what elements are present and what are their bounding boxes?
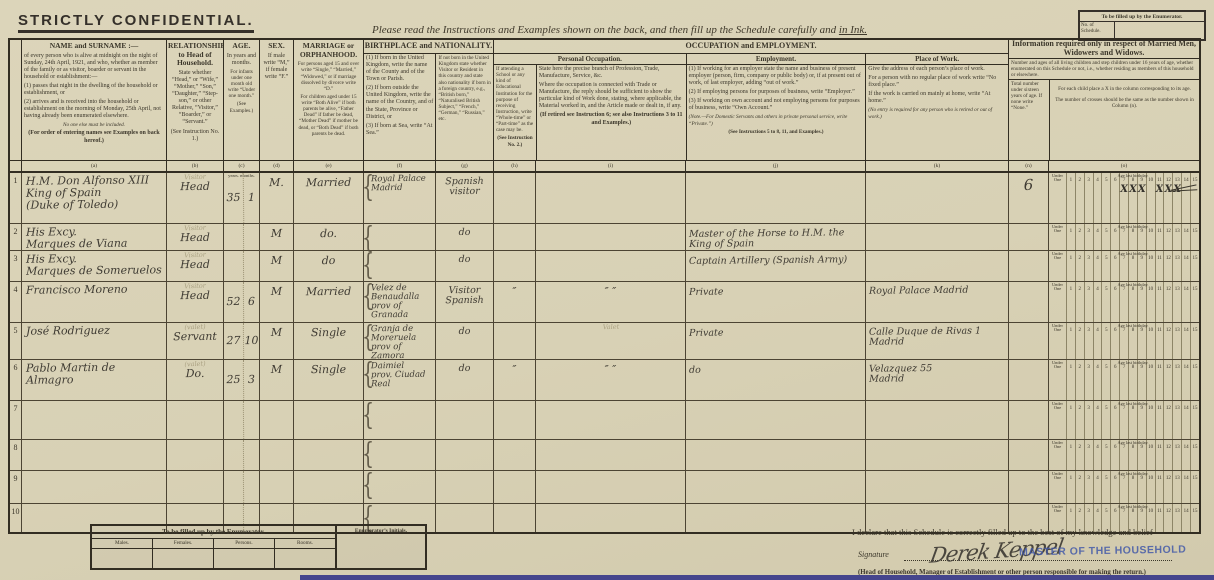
- marriage-cell: [293, 401, 363, 439]
- age-cross-cell: [1085, 183, 1093, 223]
- children-total-cell: [1008, 323, 1048, 359]
- age-cross-cell: [1120, 411, 1128, 439]
- census-schedule-scan: STRICTLY CONFIDENTIAL. Please read the I…: [0, 0, 1214, 580]
- age-grid: Age last birthday. Under One123456789101…: [1048, 282, 1199, 322]
- age-cell: years. months. 35 1: [223, 173, 259, 223]
- age-cross-cell: [1138, 292, 1146, 322]
- enumerator-summary-box: To be filled up by the Enumerator. Males…: [90, 524, 427, 570]
- age-cross-cell: [1094, 333, 1102, 359]
- age-cross-cell: [1147, 261, 1155, 281]
- age-years-value: [224, 401, 243, 439]
- name-value: [22, 400, 166, 404]
- age-cross-cell: [1067, 183, 1075, 223]
- sex-value: [260, 504, 293, 508]
- rooms-label: Rooms.: [275, 539, 335, 549]
- age-cross-cell: [1156, 261, 1164, 281]
- printed-brace: {: [362, 252, 374, 281]
- occupation-cell: [535, 471, 685, 503]
- age-cross-cell: [1111, 234, 1119, 250]
- nationality-cell: Visitor Spanish: [435, 282, 493, 322]
- age-grid-under-one-label: Under One: [1049, 173, 1066, 183]
- birthplace-body2: (2) If born outside the United Kingdom, …: [364, 84, 435, 121]
- age-cross-cell: [1129, 481, 1137, 503]
- name-col-body: of every person who is alive at midnight…: [22, 52, 166, 82]
- birthplace-group-title: BIRTHPLACE and NATIONALITY.: [364, 40, 493, 54]
- age-cross-cell: [1067, 292, 1075, 322]
- age-cross-cell: [1111, 333, 1119, 359]
- age-cross-cell: [1120, 481, 1128, 503]
- sex-cell: M: [259, 323, 293, 359]
- relationship-cell: Visitor Head: [166, 173, 223, 223]
- employment-value: [686, 503, 865, 510]
- place-of-work-cell: Calle Duque de Rivas 1 Madrid: [865, 323, 1008, 359]
- children-group-title: Information required only in respect of …: [1009, 40, 1199, 59]
- employment-value: [686, 400, 865, 407]
- name-col-note: No one else must be included.: [22, 121, 166, 129]
- column-letter-row: (a) (b) (c) (d) (e) (f) (g) (h) (i) (j) …: [10, 161, 1199, 173]
- name-value: His Excy. Marques de Someruelos: [22, 250, 166, 278]
- nationality-value: [436, 471, 493, 476]
- nationality-cell: do: [435, 360, 493, 400]
- age-cell: years. months.: [223, 401, 259, 439]
- occupation-value: ″ ″: [536, 281, 685, 299]
- birthplace-value: Royal Palace Madrid: [364, 173, 435, 194]
- age-months-value: 3: [243, 360, 259, 400]
- relationship-cell: [166, 471, 223, 503]
- name-cell: Pablo Martin de Almagro: [21, 360, 166, 400]
- sex-value: M: [260, 323, 293, 339]
- age-cross-cell: [1164, 411, 1172, 439]
- birthplace-cell: {: [363, 401, 435, 439]
- age-cross-cell: [1102, 261, 1110, 281]
- place-of-work-value: Calle Duque de Rivas 1 Madrid: [866, 322, 1008, 347]
- age-col-body: In years and months.: [224, 52, 259, 68]
- place-of-work-cell: [865, 471, 1008, 503]
- employment-value: Private: [686, 322, 865, 339]
- age-years-value: 35: [224, 173, 244, 223]
- marriage-cell: Single: [293, 360, 363, 400]
- age-cross-cell: [1094, 261, 1102, 281]
- letter-j: (j): [685, 161, 865, 171]
- birthplace-value: [364, 471, 435, 474]
- employment-cell: [685, 173, 865, 223]
- row-number: 7: [10, 401, 21, 439]
- age-months-value: [243, 401, 259, 439]
- school-cell: ″: [493, 360, 535, 400]
- age-cross-cell: [1102, 411, 1110, 439]
- sex-cell: M.: [259, 173, 293, 223]
- row-number: 10: [10, 504, 21, 532]
- age-cross-cell: [1076, 292, 1084, 322]
- age-grid-under-one-label: Under One: [1049, 323, 1066, 333]
- school-value: [494, 251, 535, 255]
- nationality-value: Spanish visitor: [436, 173, 493, 198]
- marriage-cell: Married: [293, 282, 363, 322]
- age-months-value: [243, 224, 259, 250]
- relationship-cell: (valet) Servant: [166, 323, 223, 359]
- school-value: [494, 401, 535, 405]
- children-total-cell: [1008, 360, 1048, 400]
- age-cross-cell: [1156, 333, 1164, 359]
- age-cross-cell: [1156, 234, 1164, 250]
- age-cross-cell: X: [1129, 183, 1137, 223]
- occupation-cell: [535, 401, 685, 439]
- age-cell: years. months.: [223, 471, 259, 503]
- age-cross-cell: [1129, 450, 1137, 470]
- household-stamp: MASTER OF THE HOUSEHOLD: [1019, 544, 1186, 559]
- letter-n: (n): [1008, 161, 1048, 171]
- name-col-title: NAME and SURNAME :—: [22, 40, 166, 52]
- age-cross-cell: [1076, 450, 1084, 470]
- marriage-value: do: [294, 251, 363, 268]
- school-cell: [493, 401, 535, 439]
- age-cross-cell: [1164, 292, 1172, 322]
- employment-body1: (1) If working for an employer state the…: [687, 65, 866, 88]
- age-cross-cell: [1067, 411, 1075, 439]
- sex-cell: [259, 440, 293, 470]
- col-header-relationship: RELATIONSHIP to Head of Household. State…: [166, 40, 223, 160]
- age-grid-under-one-label: Under One: [1049, 401, 1066, 411]
- marriage-value: [294, 401, 363, 406]
- marriage-col-title: MARRIAGE or ORPHANHOOD.: [294, 40, 363, 60]
- employment-cell: [685, 440, 865, 470]
- personal-occupation-title: Personal Occupation.: [494, 54, 686, 65]
- age-cross-cell: [1138, 234, 1146, 250]
- place-of-work-cell: [865, 224, 1008, 250]
- occupation-cell: [535, 173, 685, 223]
- age-years-value: [224, 224, 243, 250]
- nationality-value: [436, 504, 493, 509]
- col-header-nationality: If not born in the United Kingdom state …: [435, 54, 493, 160]
- age-cross-cell: [1111, 450, 1119, 470]
- printed-brace: {: [362, 441, 374, 470]
- sex-col-title: SEX.: [260, 40, 293, 52]
- age-cross-cell: [1085, 370, 1093, 400]
- age-cross-cell: [1076, 370, 1084, 400]
- confidential-heading: STRICTLY CONFIDENTIAL.: [18, 12, 254, 33]
- nationality-body: If not born in the United Kingdom state …: [436, 54, 493, 123]
- sex-value: M: [260, 282, 293, 298]
- age-grid-under-one-label: Under One: [1049, 471, 1066, 481]
- age-cross-cell: [1138, 481, 1146, 503]
- employment-cell: [685, 504, 865, 532]
- nationality-cell: do: [435, 323, 493, 359]
- birthplace-value: Daimiel prov. Ciudad Real: [364, 360, 435, 390]
- nationality-value: Visitor Spanish: [436, 282, 493, 307]
- nationality-value: [436, 401, 493, 406]
- table-body: 1 H.M. Don Alfonso XIII King of Spain (D…: [10, 173, 1199, 532]
- occupation-body1: State here the precise branch of Profess…: [537, 65, 686, 81]
- enumerator-initials-column: Enumerator’s Initials.: [335, 526, 425, 568]
- birthplace-value: Granja de Moreruela prov of Zamora: [364, 323, 435, 361]
- employment-cell: do: [685, 360, 865, 400]
- age-cross-cell: [1102, 234, 1110, 250]
- age-cross-cell: [1138, 450, 1146, 470]
- sex-value: [260, 471, 293, 475]
- relationship-cell: Visitor Head: [166, 224, 223, 250]
- age-grid: Age last birthday. Under One123456789101…: [1048, 360, 1199, 400]
- sex-cell: [259, 471, 293, 503]
- birthplace-cell: {: [363, 224, 435, 250]
- age-cross-cell: [1138, 370, 1146, 400]
- name-cell: José Rodriguez: [21, 323, 166, 359]
- col-header-row-number: [10, 40, 21, 160]
- age-cell: years. months.: [223, 440, 259, 470]
- children-total-value: [1009, 401, 1048, 405]
- employment-cell: [685, 471, 865, 503]
- age-cross-cell: [1129, 411, 1137, 439]
- age-cross-cell: [1129, 261, 1137, 281]
- children-total-cell: [1008, 251, 1048, 281]
- age-cross-cell: [1164, 481, 1172, 503]
- name-value: José Rodriguez: [22, 322, 166, 338]
- occupation-value: [536, 470, 685, 476]
- age-cross-cell: [1129, 234, 1137, 250]
- nationality-cell: [435, 471, 493, 503]
- males-field: [92, 549, 152, 568]
- age-cross-cell: [1085, 261, 1093, 281]
- children-total-value: [1009, 224, 1048, 228]
- school-cell: [493, 471, 535, 503]
- name-value: [22, 470, 166, 474]
- age-cross-cell: [1111, 261, 1119, 281]
- age-cross-cell: [1111, 411, 1119, 439]
- employment-note2: (See Instructions 5 to 8, 11, and Exampl…: [687, 128, 866, 136]
- nationality-value: [436, 440, 493, 445]
- row-number: 8: [10, 440, 21, 470]
- age-cell: years. months.: [223, 224, 259, 250]
- occupation-body2: Where the occupation is connected with T…: [537, 81, 686, 111]
- age-cross-cell: [1094, 370, 1102, 400]
- name-cell: His Excy. Marques de Viana: [21, 224, 166, 250]
- age-years-value: 27: [224, 323, 243, 359]
- children-subtitle: Number and ages of all living children a…: [1009, 59, 1199, 80]
- sex-value: [260, 440, 293, 444]
- age-grid-under-one-label: Under One: [1049, 440, 1066, 450]
- employment-value: [686, 439, 865, 446]
- school-cell: [493, 173, 535, 223]
- age-cross-cell: [1191, 261, 1199, 281]
- nationality-cell: do: [435, 224, 493, 250]
- letter-f: (f): [363, 161, 435, 171]
- employment-cell: Private: [685, 323, 865, 359]
- letter-h: (h): [493, 161, 535, 171]
- col-header-employment: Employment. (1) If working for an employ…: [686, 54, 866, 160]
- sex-value: [260, 401, 293, 405]
- nationality-value: do: [436, 251, 493, 266]
- birthplace-cell: { Velez de Benaudalla prov of Granada: [363, 282, 435, 322]
- name-cell: [21, 471, 166, 503]
- age-months-value: 10: [243, 323, 259, 359]
- place-of-work-value: [866, 223, 1008, 228]
- children-total-cell: 6: [1008, 173, 1048, 223]
- age-cross-cell: [1173, 292, 1181, 322]
- col-group-birthplace: BIRTHPLACE and NATIONALITY. (1) If born …: [363, 40, 493, 160]
- age-years-value: 52: [224, 282, 243, 322]
- sex-cell: M: [259, 360, 293, 400]
- col-header-age: AGE. In years and months. For infants un…: [223, 40, 259, 160]
- age-grid-title: Age last birthday.: [1067, 174, 1199, 179]
- employment-cell: Master of the Horse to H.M. the King of …: [685, 224, 865, 250]
- age-cross-cell: [1173, 481, 1181, 503]
- birthplace-value: [364, 440, 435, 443]
- age-cross-cell: [1147, 234, 1155, 250]
- sex-value: M: [260, 251, 293, 267]
- children-total-value: [1009, 323, 1048, 327]
- col-header-birthplace: (1) If born in the United Kingdom, write…: [364, 54, 435, 160]
- table-row: 1 H.M. Don Alfonso XIII King of Spain (D…: [10, 173, 1199, 224]
- age-cross-cell: [1094, 292, 1102, 322]
- age-cross-cell: [1085, 481, 1093, 503]
- age-cross-cell: [1085, 292, 1093, 322]
- marriage-value: Single: [294, 323, 363, 340]
- letter-d: (d): [259, 161, 293, 171]
- age-grid-title: Age last birthday.: [1067, 441, 1199, 446]
- relationship-cell: Visitor Head: [166, 251, 223, 281]
- age-cross-cell: [1156, 450, 1164, 470]
- age-grid-under-one-label: Under One: [1049, 360, 1066, 370]
- children-total-cell: [1008, 471, 1048, 503]
- table-row: 6 Pablo Martin de Almagro (valet) Do. ye…: [10, 360, 1199, 401]
- age-grid-under-one-label: Under One: [1049, 224, 1066, 234]
- occupation-value: [536, 503, 685, 509]
- place-of-work-body3: If the work is carried on mainly at home…: [866, 90, 1008, 106]
- row-number: 5: [10, 323, 21, 359]
- letter-k: (k): [865, 161, 1008, 171]
- school-value: [494, 440, 535, 444]
- rooms-column: Rooms.: [274, 539, 335, 568]
- age-cross-cell: [1156, 481, 1164, 503]
- table-row: 9 years. months. {: [10, 471, 1199, 504]
- relationship-cell: Visitor Head: [166, 282, 223, 322]
- age-cell: years. months. 25 3: [223, 360, 259, 400]
- occupation-cell: [535, 251, 685, 281]
- birthplace-body3: (3) If born at Sea, write “At Sea.”: [364, 122, 435, 138]
- age-cross-cell: [1164, 333, 1172, 359]
- age-cross-cell: [1182, 370, 1190, 400]
- col-header-children-grid: For each child place a X in the column c…: [1049, 80, 1199, 160]
- age-years-value: [224, 471, 243, 503]
- school-note: (See Instruction No. 2.): [494, 134, 536, 148]
- age-grid-title: Age last birthday.: [1067, 225, 1199, 230]
- age-cross-cell: [1094, 411, 1102, 439]
- row-number: 3: [10, 251, 21, 281]
- persons-label: Persons.: [214, 539, 274, 549]
- age-grid-title: Age last birthday.: [1067, 361, 1199, 366]
- marriage-cell: Single: [293, 323, 363, 359]
- relationship-value: Head: [167, 224, 223, 245]
- name-value: Francisco Moreno: [22, 281, 166, 297]
- occupation-group-title: OCCUPATION and EMPLOYMENT.: [494, 40, 1008, 54]
- schedule-number-field: [1115, 22, 1204, 39]
- marriage-cell: do: [293, 251, 363, 281]
- birthplace-value: [364, 504, 435, 507]
- age-col-title: AGE.: [224, 40, 259, 52]
- occupation-cell: [535, 224, 685, 250]
- occupation-note: (If retired see Instruction 6; see also …: [537, 111, 686, 127]
- marriage-cell: [293, 471, 363, 503]
- row-number: 4: [10, 282, 21, 322]
- letter-i: (i): [535, 161, 685, 171]
- children-total-value: [1009, 471, 1048, 475]
- age-cross-cell: X: [1138, 183, 1146, 223]
- name-cell: [21, 401, 166, 439]
- school-cell: [493, 251, 535, 281]
- school-value: ″: [494, 360, 535, 377]
- employment-title: Employment.: [687, 54, 866, 65]
- place-of-work-value: [866, 172, 1008, 177]
- occupation-cell: [535, 440, 685, 470]
- enumerator-box-title: To be filled up by the Enumerator.: [1080, 12, 1204, 22]
- age-years-value: [224, 440, 243, 470]
- age-cross-cell: [1182, 292, 1190, 322]
- enumerator-schedule-box: To be filled up by the Enumerator. No. o…: [1078, 10, 1206, 41]
- age-grid: Age last birthday. Under One123456789101…: [1048, 401, 1199, 439]
- females-column: Females.: [152, 539, 213, 568]
- place-of-work-value: [866, 503, 1008, 508]
- place-of-work-value: Velazquez 55 Madrid: [866, 359, 1008, 384]
- name-col-footer: (For order of entering names see Example…: [22, 129, 166, 145]
- age-cross-cell: [1067, 481, 1075, 503]
- age-cross-cell: [1156, 411, 1164, 439]
- age-cross-cell: [1111, 292, 1119, 322]
- nationality-cell: [435, 504, 493, 532]
- age-grid-under-one-label: Under One: [1049, 251, 1066, 261]
- age-cross-cell: [1182, 450, 1190, 470]
- employment-note: (Note.—For Domestic Servants and others …: [687, 113, 866, 127]
- occupation-cell: [535, 504, 685, 532]
- age-months-value: 6: [243, 282, 259, 322]
- age-cross-cell: [1147, 481, 1155, 503]
- place-of-work-note: (No entry is required for any person who…: [866, 106, 1008, 120]
- nationality-cell: [435, 440, 493, 470]
- age-cell: years. months. 27 10: [223, 323, 259, 359]
- age-years-value: [224, 251, 243, 281]
- employment-cell: Private: [685, 282, 865, 322]
- col-group-occupation-employment: OCCUPATION and EMPLOYMENT. Personal Occu…: [493, 40, 1008, 160]
- name-cell: Francisco Moreno: [21, 282, 166, 322]
- age-cross-cell: [1076, 234, 1084, 250]
- age-cross-cell: [1085, 411, 1093, 439]
- occupation-value: [536, 172, 685, 178]
- scan-edge-strip: [300, 575, 1214, 580]
- relationship-col-title: RELATIONSHIP to Head of Household.: [167, 40, 223, 69]
- marriage-value: Married: [294, 282, 363, 299]
- row-number: 6: [10, 360, 21, 400]
- place-of-work-value: [866, 470, 1008, 475]
- marriage-cell: [293, 440, 363, 470]
- occupation-value: [536, 223, 685, 229]
- school-body: If attending a School or any kind of Edu…: [494, 65, 536, 134]
- employment-value: [686, 470, 865, 477]
- school-cell: [493, 504, 535, 532]
- age-cross-cell: [1173, 234, 1181, 250]
- row-number: 1: [10, 173, 21, 223]
- relationship-col-note: (See Instruction No. 1.): [167, 128, 223, 144]
- place-of-work-cell: [865, 440, 1008, 470]
- age-cross-cell: [1156, 370, 1164, 400]
- school-cell: ″: [493, 282, 535, 322]
- age-grid-title: Age last birthday.: [1067, 324, 1199, 329]
- place-of-work-cell: Royal Palace Madrid: [865, 282, 1008, 322]
- birthplace-cell: { Daimiel prov. Ciudad Real: [363, 360, 435, 400]
- school-value: [494, 471, 535, 475]
- age-cell: years. months.: [223, 251, 259, 281]
- age-grid-title: Age last birthday.: [1067, 283, 1199, 288]
- name-col-item2: (2) arrives and is received into the hou…: [22, 98, 166, 121]
- table-row: 5 José Rodriguez (valet) Servant years. …: [10, 323, 1199, 360]
- age-cross-cell: [1102, 370, 1110, 400]
